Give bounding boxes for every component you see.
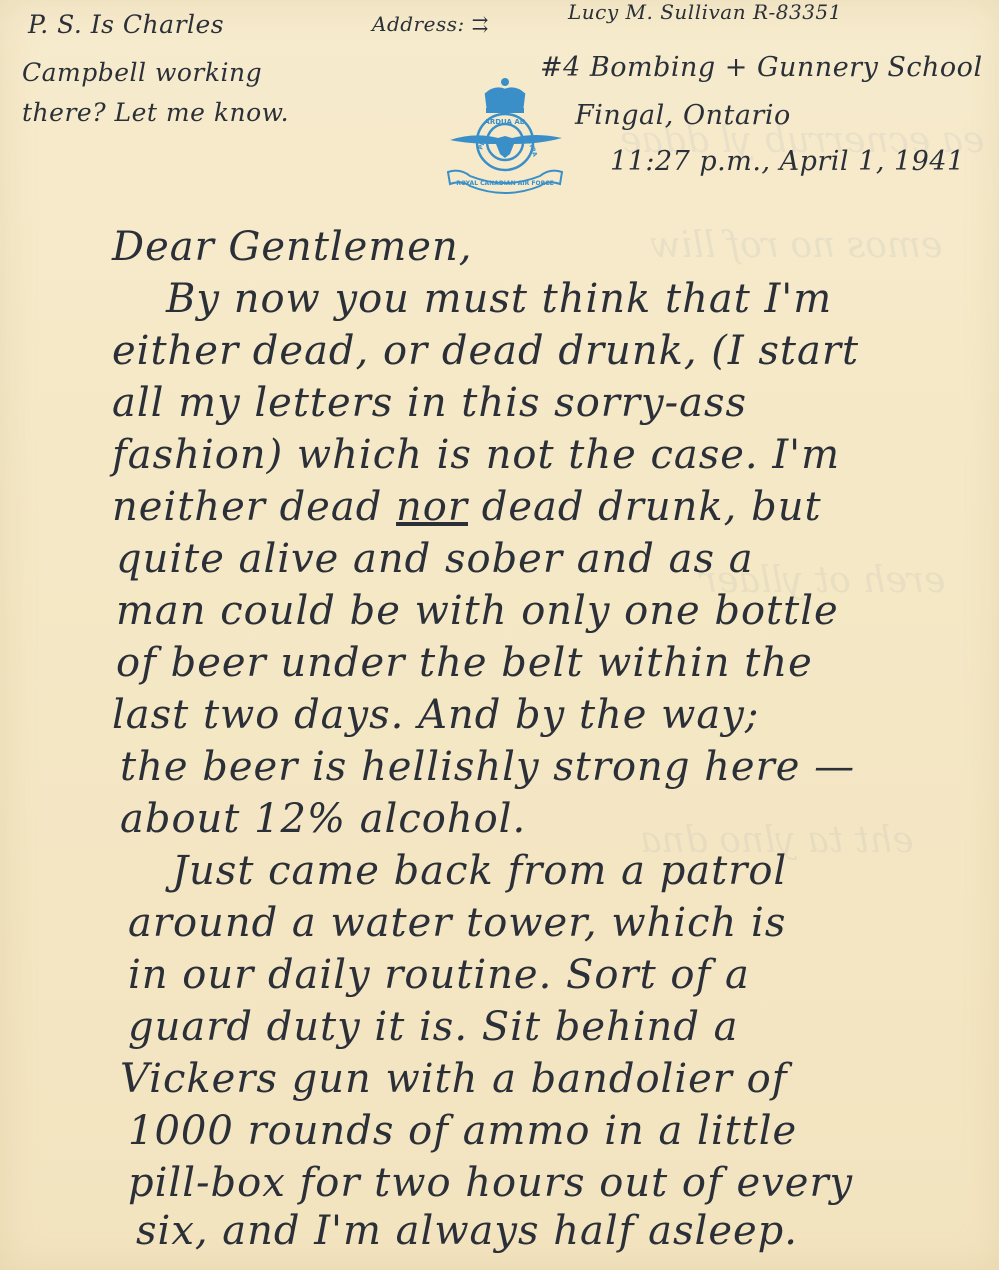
svg-text:ROYAL CANADIAN AIR FORCE: ROYAL CANADIAN AIR FORCE (456, 180, 553, 187)
body-line: the beer is hellishly strong here — (120, 744, 855, 790)
bleed-through-text: emos no rof lliw (650, 225, 942, 266)
postscript-line: Campbell working (22, 58, 262, 88)
body-line: in our daily routine. Sort of a (128, 952, 750, 998)
body-line: quite alive and sober and as a (116, 536, 754, 582)
body-text: neither dead (112, 484, 382, 530)
body-line: Just came back from a patrol (172, 848, 787, 894)
body-line: of beer under the belt within the (116, 640, 813, 686)
greeting: Dear Gentlemen, (112, 224, 472, 270)
arrow-icon: ⇉ (472, 12, 489, 36)
body-line: last two days. And by the way; (112, 692, 759, 738)
svg-text:ARDUA AD: ARDUA AD (484, 118, 525, 126)
body-line: Vickers gun with a bandolier of (120, 1056, 788, 1102)
sender-name: Lucy M. Sullivan R-83351 (568, 0, 842, 24)
address-line: Fingal, Ontario (575, 100, 791, 131)
body-line: around a water tower, which is (128, 900, 786, 946)
address-label-text: Address: (372, 12, 465, 36)
rcaf-crest-icon: ARDUA AD PER ASTRA ROYAL CANADIAN AIR FO… (440, 72, 570, 197)
paper-edge (999, 0, 1002, 1270)
body-line: six, and I'm always half asleep. (136, 1208, 798, 1254)
body-line: about 12% alcohol. (120, 796, 526, 842)
body-line: pill-box for two hours out of every (128, 1160, 853, 1206)
body-line: fashion) which is not the case. I'm (112, 432, 840, 478)
body-line: guard duty it is. Sit behind a (128, 1004, 739, 1050)
body-line: By now you must think that I'm (166, 276, 832, 322)
body-line: 1000 rounds of ammo in a little (128, 1108, 797, 1154)
underlined-word: nor (396, 484, 468, 530)
postscript-line: there? Let me know. (22, 98, 289, 128)
body-line: neither dead nor dead drunk, but (112, 484, 822, 530)
dateline: 11:27 p.m., April 1, 1941 (610, 146, 965, 177)
body-line: man could be with only one bottle (116, 588, 839, 634)
address-line: #4 Bombing + Gunnery School (540, 52, 983, 83)
body-text: dead drunk, but (482, 484, 822, 530)
postscript-line: P. S. Is Charles (28, 10, 224, 40)
body-line: all my letters in this sorry-ass (112, 380, 747, 426)
letter-page: ea ecnerrub yl ddae emos no rof lliw ere… (0, 0, 1002, 1270)
body-line: either dead, or dead drunk, (I start (112, 328, 859, 374)
address-label: Address: ⇉ (372, 12, 489, 36)
